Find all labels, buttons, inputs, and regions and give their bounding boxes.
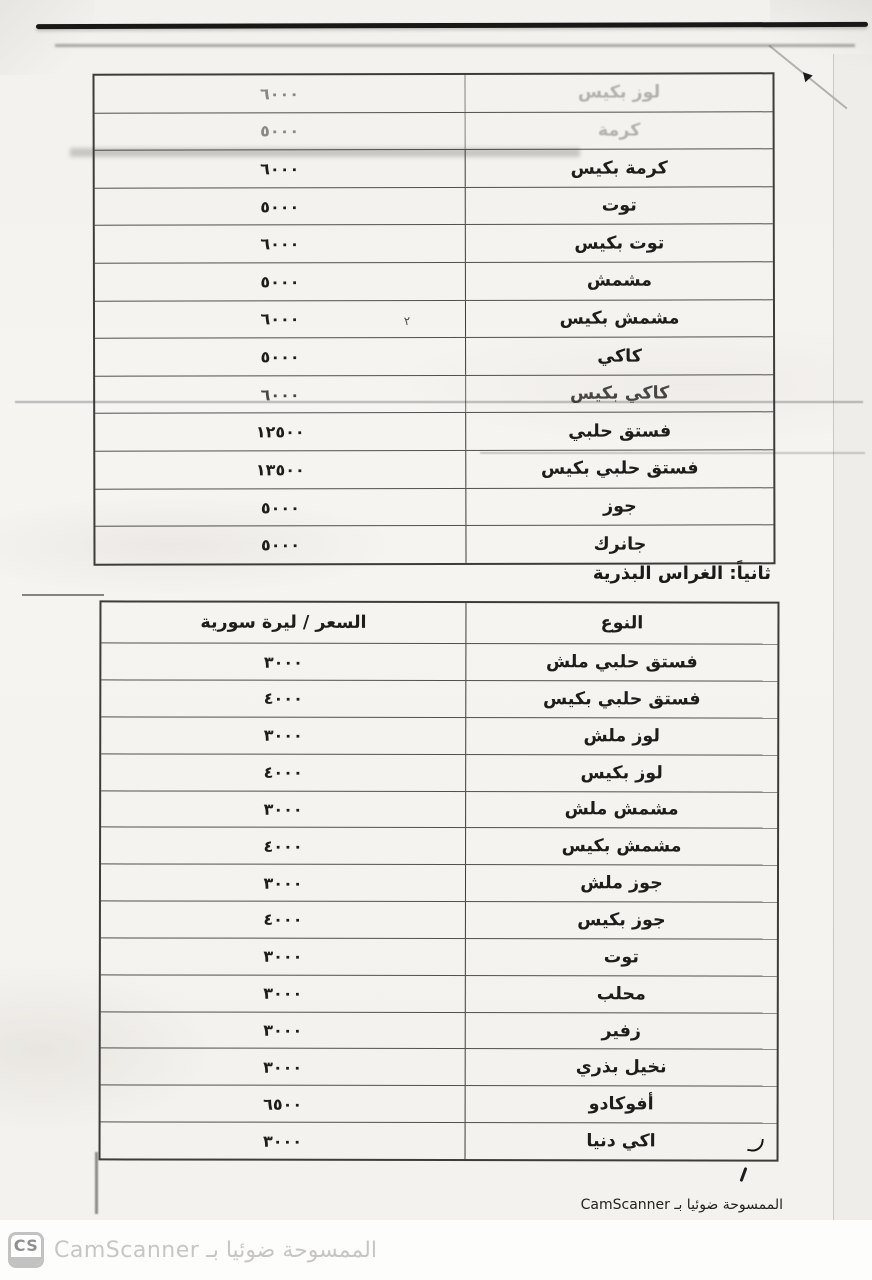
- type-cell: أفوكادو: [466, 1086, 777, 1122]
- type-cell: مشمش بكيس: [466, 828, 777, 864]
- type-cell: توت بكيس: [466, 225, 773, 262]
- type-cell: مشمش بكيس: [466, 300, 773, 337]
- table-row: ٤٠٠٠فستق حلبي بكيس: [101, 679, 777, 717]
- price-cell: ٣٠٠٠: [101, 791, 466, 827]
- table-row: ٣٠٠٠لوز ملش: [101, 716, 777, 754]
- seed-saplings-price-table: السعر / ليرة سورية النوع ٣٠٠٠فستق حلبي م…: [99, 600, 780, 1161]
- price-cell: ٤٠٠٠: [101, 680, 466, 716]
- table-row: ٤٠٠٠لوز بكيس: [101, 753, 777, 791]
- table-row: ٦٠٠٠لوز بكيس: [94, 74, 772, 112]
- type-cell: توت: [466, 939, 777, 975]
- price-cell: ٣٠٠٠: [101, 717, 466, 753]
- price-cell: ٥٠٠٠: [95, 338, 466, 375]
- price-cell: ٣٠٠٠: [101, 644, 466, 680]
- price-cell: ٦٠٠٠: [95, 150, 466, 187]
- section-heading-seed-saplings: ثانياً: الغراس البذرية: [593, 563, 771, 584]
- table-row: ٥٠٠٠كاكي: [95, 337, 773, 376]
- table-row: ٦٠٠٠مشمش بكيس: [95, 299, 773, 338]
- table-row: ٤٠٠٠مشمش بكيس: [101, 827, 777, 865]
- camscanner-logo-letters: CS: [14, 1235, 39, 1257]
- camscanner-logo-bar: [11, 1257, 41, 1265]
- table-row: ٣٠٠٠نخيل بذري: [101, 1048, 777, 1086]
- type-column-header: النوع: [466, 603, 777, 644]
- type-cell: مشمش ملش: [466, 792, 777, 828]
- price-cell: ٣٠٠٠: [101, 975, 466, 1011]
- scanned-document-page: ٢ ٦٠٠٠لوز بكيس٥٠٠٠كرمة٦٠٠٠كرمة بكيس٥٠٠٠ت…: [0, 0, 872, 1220]
- scan-artifact-fold-band-light: [55, 44, 855, 47]
- type-cell: فستق حلبي بكيس: [466, 681, 777, 717]
- type-cell: جانرك: [466, 526, 773, 563]
- table-row: ٣٠٠٠جوز ملش: [101, 864, 777, 902]
- type-cell: كرمة: [466, 112, 773, 149]
- price-cell: ٣٠٠٠: [101, 865, 466, 901]
- table-header-row: السعر / ليرة سورية النوع: [101, 602, 777, 643]
- table-row: ٦٠٠٠توت بكيس: [95, 224, 773, 263]
- type-cell: نخيل بذري: [466, 1049, 777, 1085]
- type-cell: زفير: [466, 1013, 777, 1049]
- type-cell: محلب: [466, 976, 777, 1012]
- type-cell: اكي دنيا: [466, 1123, 777, 1159]
- type-cell: كاكي بكيس: [466, 375, 773, 412]
- price-cell: ٥٠٠٠: [95, 526, 466, 563]
- table-row: ٣٠٠٠محلب: [101, 974, 777, 1012]
- type-cell: لوز بكيس: [466, 755, 777, 791]
- price-cell: ٤٠٠٠: [101, 828, 466, 864]
- price-cell: ٣٠٠٠: [101, 1123, 466, 1159]
- table-row: ٥٠٠٠توت: [95, 186, 773, 225]
- table-row: ٥٠٠٠جانرك: [95, 525, 773, 564]
- type-cell: لوز ملش: [466, 718, 777, 754]
- table-row: ٦٠٠٠كرمة بكيس: [95, 149, 773, 188]
- scan-artifact-crease: [95, 1152, 98, 1214]
- table-row: ٦٥٠٠أفوكادو: [101, 1085, 777, 1123]
- type-cell: كاكي: [466, 338, 773, 375]
- price-column-header: السعر / ليرة سورية: [101, 602, 466, 643]
- table-row: ٣٠٠٠مشمش ملش: [101, 790, 777, 828]
- scan-artifact-corner-shadow: [0, 0, 95, 75]
- price-cell: ١٣٥٠٠: [95, 451, 466, 488]
- type-cell: جوز ملش: [466, 865, 777, 901]
- type-cell: جوز: [466, 488, 773, 525]
- table-row: ٤٠٠٠جوز بكيس: [101, 900, 777, 938]
- price-cell: ٦٠٠٠: [95, 376, 466, 413]
- type-cell: لوز بكيس: [465, 74, 772, 111]
- price-cell: ٥٠٠٠: [95, 188, 466, 225]
- type-cell: فستق حلبي بكيس: [466, 450, 773, 487]
- table-row: ٦٠٠٠كاكي بكيس: [95, 374, 773, 413]
- type-cell: جوز بكيس: [466, 902, 777, 938]
- camscanner-watermark: CS الممسوحة ضوئيا بـ CamScanner: [8, 1232, 377, 1268]
- scan-artifact-line: [22, 594, 104, 596]
- table-row: ١٢٥٠٠فستق حلبي: [95, 412, 773, 451]
- type-cell: مشمش: [466, 262, 773, 299]
- price-cell: ١٢٥٠٠: [95, 413, 466, 450]
- type-cell: فستق حلبي ملش: [466, 644, 777, 680]
- scan-artifact-fold-band: [36, 22, 868, 29]
- price-cell: ٦٠٠٠: [95, 225, 466, 262]
- price-cell: ٦٠٠٠: [95, 301, 466, 338]
- price-cell: ٤٠٠٠: [101, 901, 466, 937]
- table-row: ٥٠٠٠مشمش: [95, 261, 773, 300]
- camscanner-watermark-label: الممسوحة ضوئيا بـ CamScanner: [54, 1238, 377, 1263]
- price-cell: ٣٠٠٠: [101, 938, 466, 974]
- grafted-saplings-price-table: ٦٠٠٠لوز بكيس٥٠٠٠كرمة٦٠٠٠كرمة بكيس٥٠٠٠توت…: [92, 72, 775, 565]
- table-row: ٥٠٠٠كرمة: [95, 111, 773, 150]
- table-row: ١٣٥٠٠فستق حلبي بكيس: [95, 449, 773, 488]
- camscanner-page-note: الممسوحة ضوئيا بـ CamScanner: [581, 1197, 783, 1213]
- type-cell: توت: [466, 187, 773, 224]
- camscanner-logo-icon: CS: [8, 1232, 44, 1268]
- table-row: ٣٠٠٠توت: [101, 937, 777, 975]
- type-cell: كرمة بكيس: [466, 150, 773, 187]
- price-cell: ٥٠٠٠: [95, 113, 466, 150]
- price-cell: ٣٠٠٠: [101, 1049, 466, 1085]
- type-cell: فستق حلبي: [466, 413, 773, 450]
- table-row: ٣٠٠٠زفير: [101, 1011, 777, 1049]
- price-cell: ٤٠٠٠: [101, 754, 466, 790]
- price-cell: ٦٥٠٠: [101, 1086, 466, 1122]
- table-row: ٣٠٠٠اكي دنيا: [101, 1122, 777, 1160]
- price-cell: ٣٠٠٠: [101, 1012, 466, 1048]
- scan-artifact-tick: [740, 1167, 748, 1182]
- table-row: ٣٠٠٠فستق حلبي ملش: [101, 643, 777, 681]
- price-cell: ٦٠٠٠: [94, 75, 465, 112]
- price-cell: ٥٠٠٠: [95, 489, 466, 526]
- scan-artifact-page-edge: [833, 54, 872, 1220]
- table-row: ٥٠٠٠جوز: [95, 487, 773, 526]
- price-cell: ٥٠٠٠: [95, 263, 466, 300]
